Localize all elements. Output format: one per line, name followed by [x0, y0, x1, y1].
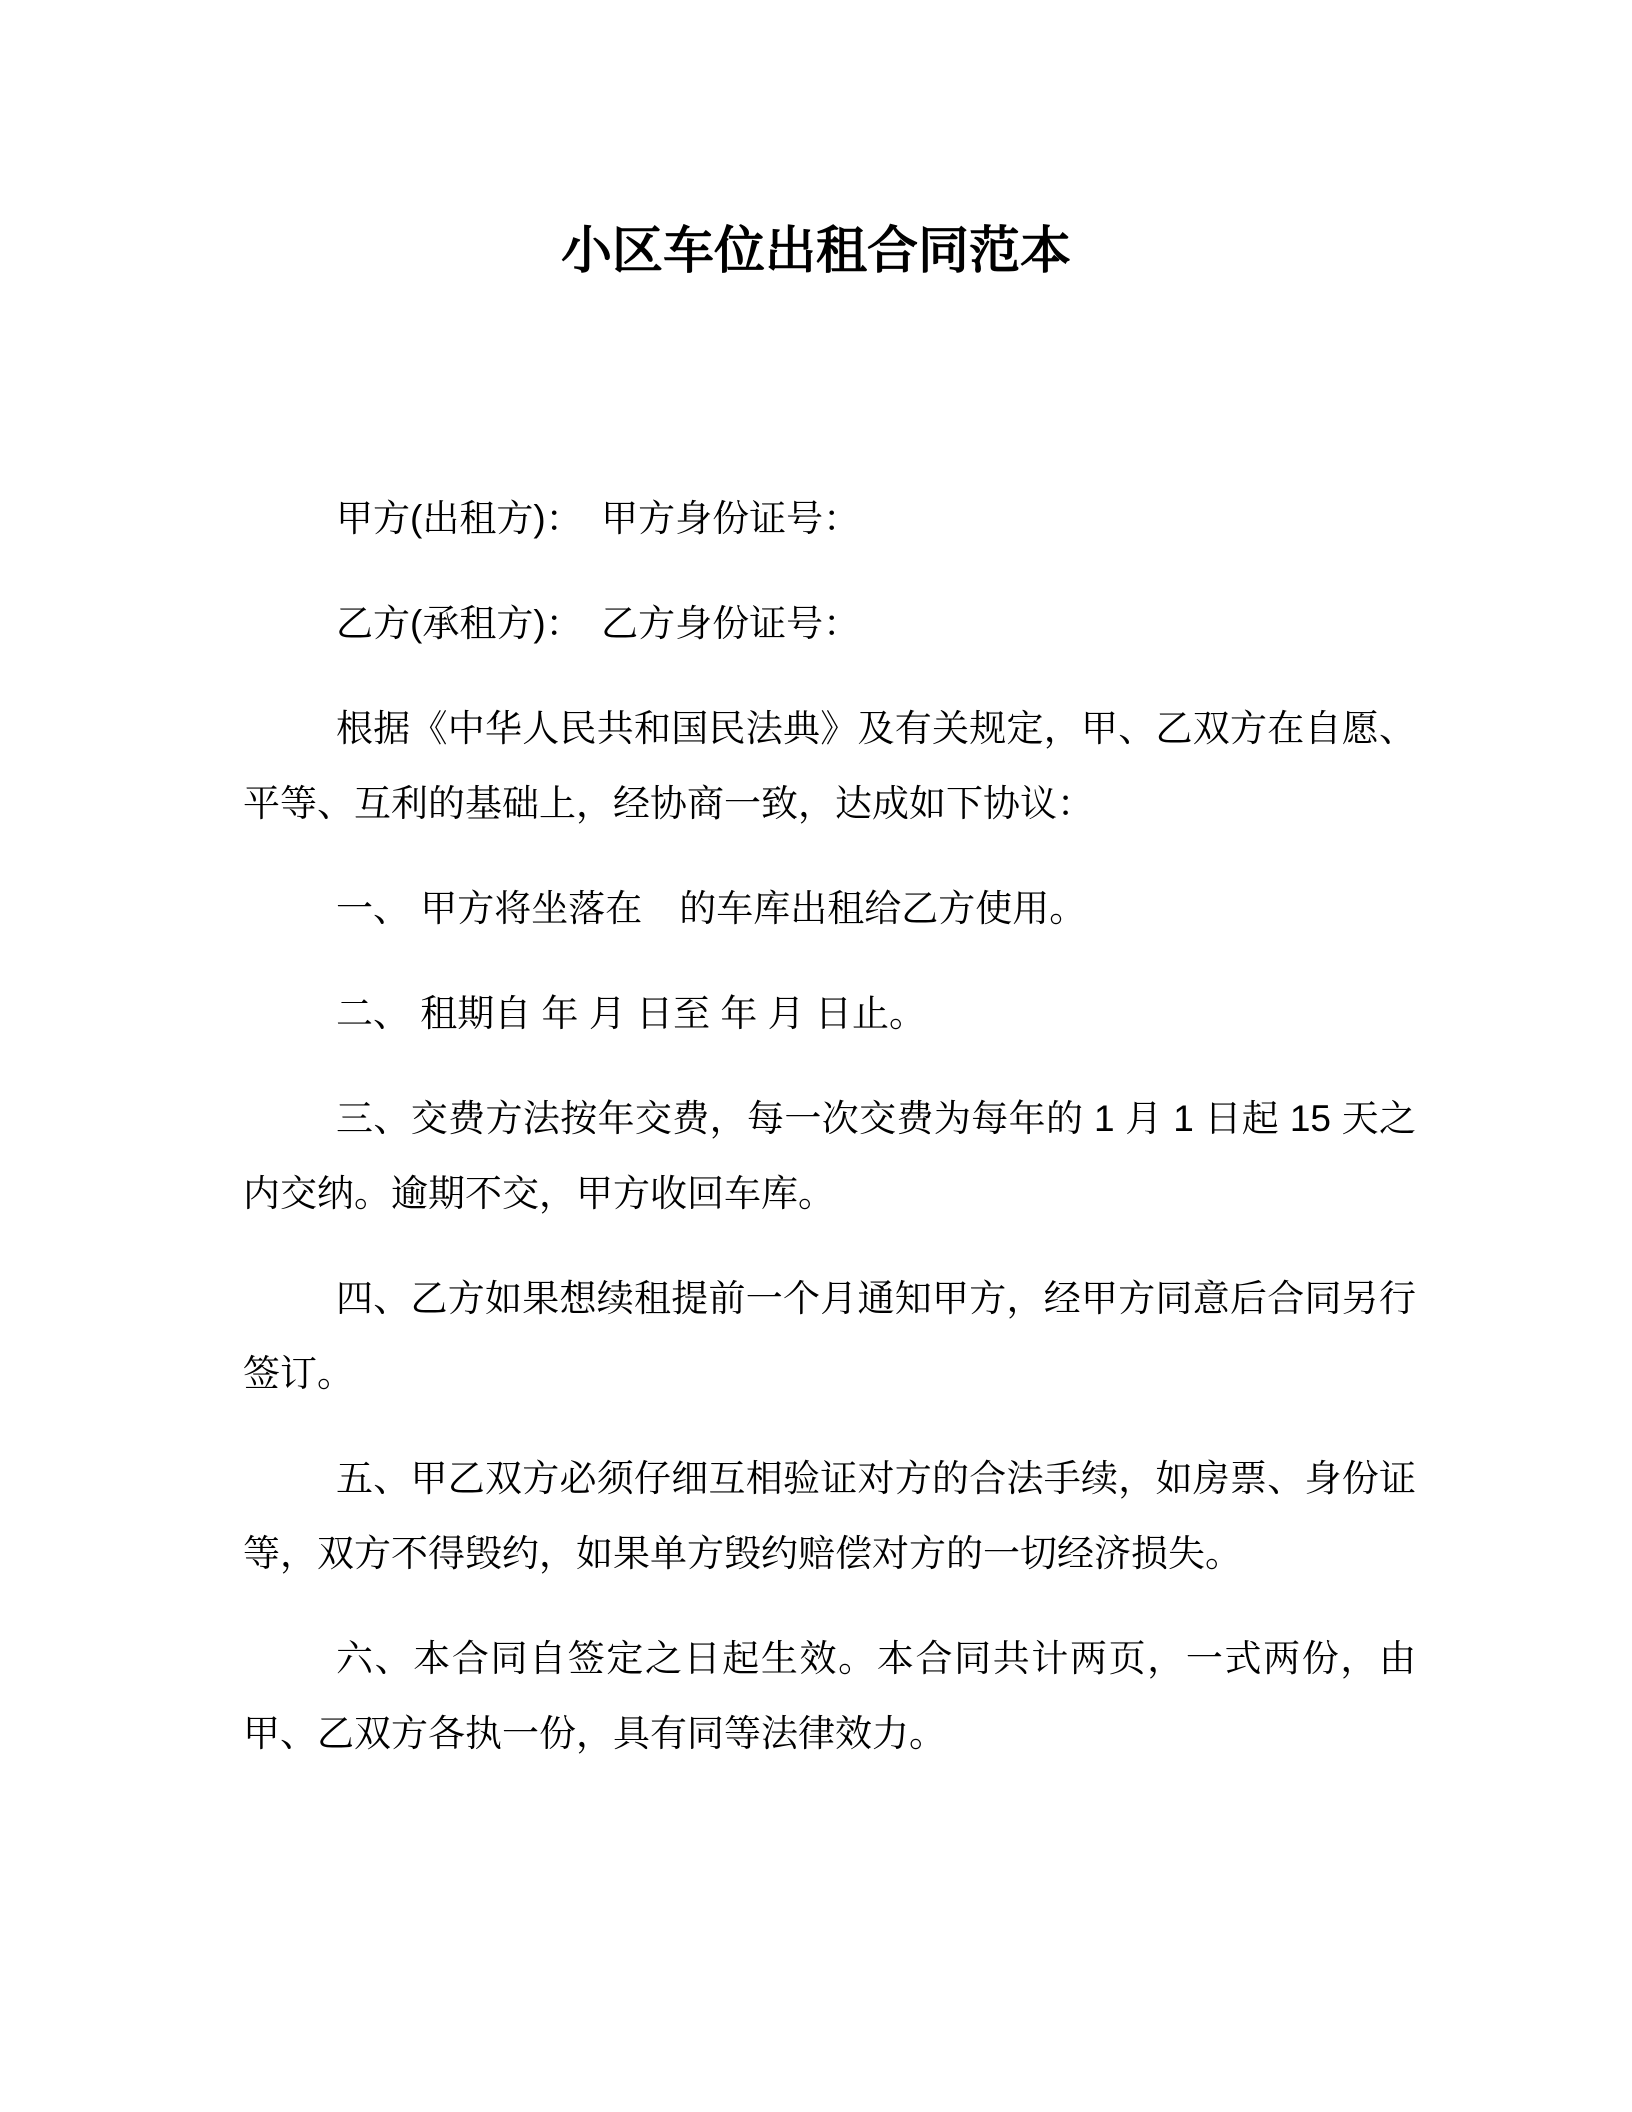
clause-2: 二、 租期自 年 月 日至 年 月 日止。	[243, 976, 1416, 1051]
preamble-paragraph: 根据《中华人民共和国民法典》及有关规定，甲、乙双方在自愿、平等、互利的基础上，经…	[243, 691, 1416, 841]
party-a-line: 甲方(出租方)： 甲方身份证号：	[243, 481, 1416, 556]
clause-6: 六、本合同自签定之日起生效。本合同共计两页，一式两份，由甲、乙双方各执一份，具有…	[243, 1621, 1416, 1771]
clause-4: 四、乙方如果想续租提前一个月通知甲方，经甲方同意后合同另行签订。	[243, 1261, 1416, 1411]
document-title: 小区车位出租合同范本	[216, 220, 1416, 281]
clause-5: 五、甲乙双方必须仔细互相验证对方的合法手续，如房票、身份证等，双方不得毁约，如果…	[243, 1441, 1416, 1591]
clause-1: 一、 甲方将坐落在 的车库出租给乙方使用。	[243, 871, 1416, 946]
clause-3: 三、交费方法按年交费，每一次交费为每年的 1 月 1 日起 15 天之内交纳。逾…	[243, 1081, 1416, 1231]
contract-document-page: 小区车位出租合同范本 甲方(出租方)： 甲方身份证号： 乙方(承租方)： 乙方身…	[0, 0, 1632, 2112]
party-b-line: 乙方(承租方)： 乙方身份证号：	[243, 586, 1416, 661]
